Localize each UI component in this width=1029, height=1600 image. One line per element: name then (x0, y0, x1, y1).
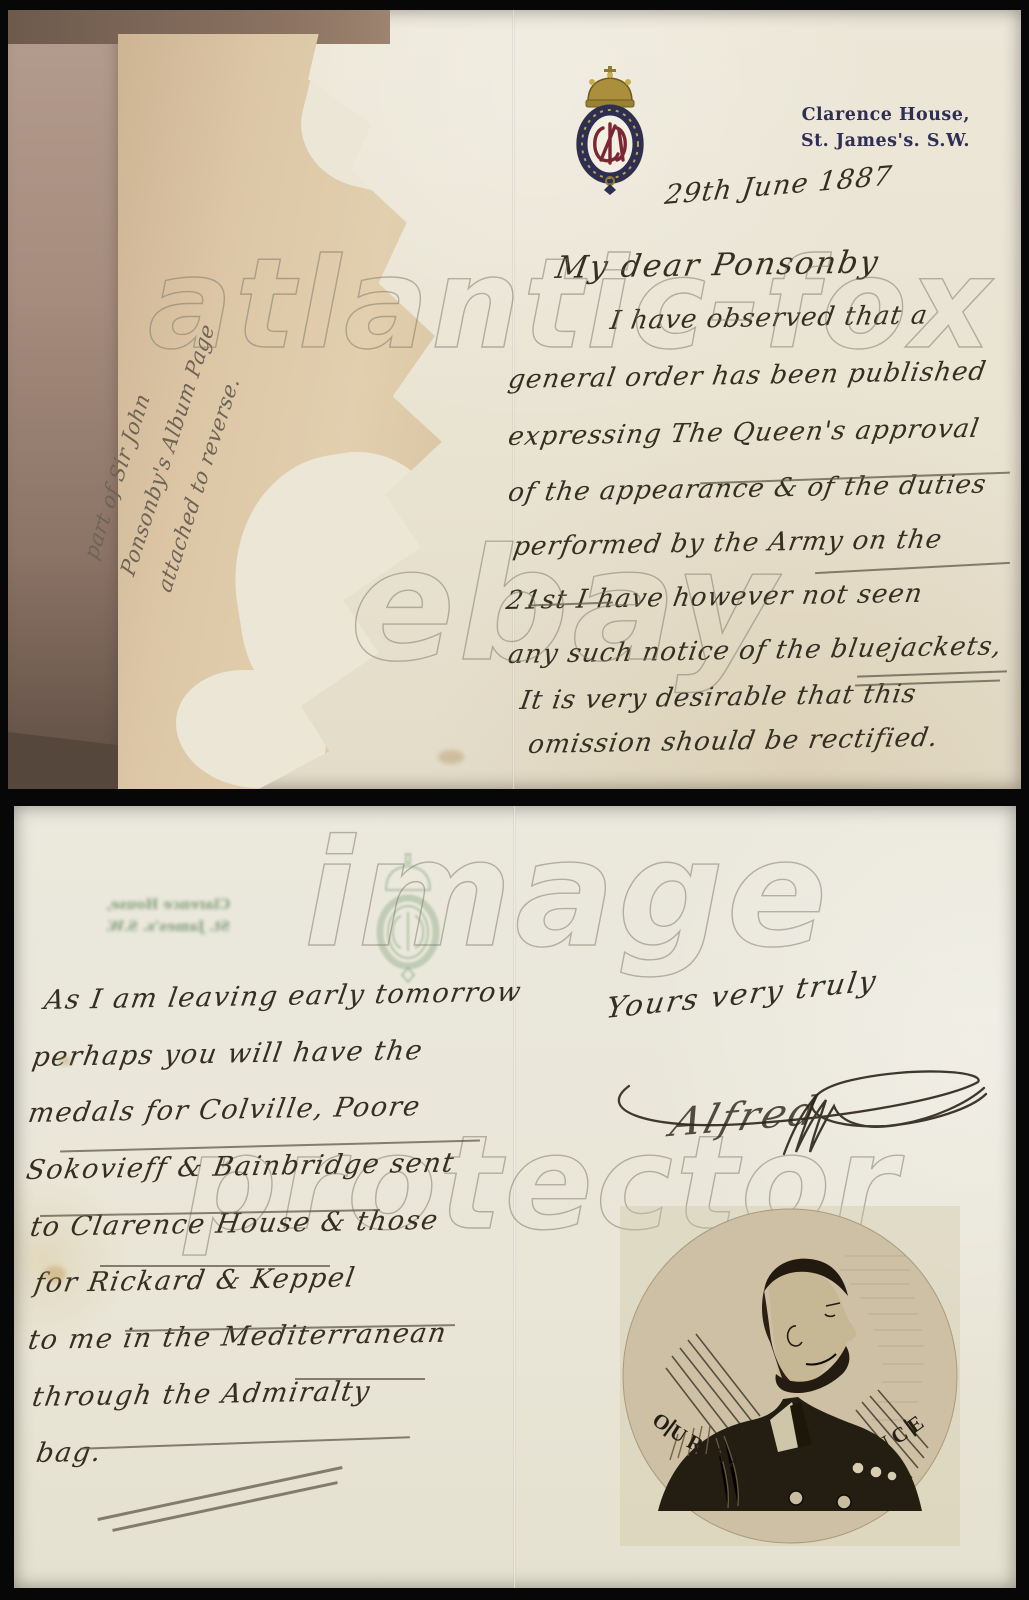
letter-line: for Rickard & Keppel (32, 1262, 358, 1299)
embossed-crest-icon (366, 852, 450, 984)
showthrough-letterhead: Clarence House, St. James's. S.W. (50, 894, 230, 938)
pencil-underline (295, 1378, 425, 1380)
letter-line: bag. (34, 1437, 104, 1469)
salutation: My dear Ponsonby (553, 244, 882, 286)
sailor-prince-portrait: OUR SAILOR PRINCE (620, 1206, 960, 1546)
letter-line: 21st I have however not seen (504, 579, 925, 616)
fold-crease (512, 10, 515, 789)
closing-line: Yours very truly (604, 963, 880, 1025)
letterhead-line2: St. James's. S.W. (760, 128, 970, 154)
bottom-photo-panel: Clarence House, St. James's. S.W. image … (14, 806, 1016, 1588)
pencil-underline (100, 1265, 330, 1267)
letter-line: medals for Colville, Poore (26, 1091, 423, 1129)
foxing-spot (44, 1266, 66, 1282)
pencil-flourish (97, 1466, 342, 1521)
ghost-line: Clarence House, (50, 894, 230, 916)
letter-line: performed by the Army on the (511, 525, 945, 562)
handwritten-date: 29th June 1887 (663, 161, 894, 211)
background-photograph-strip (8, 10, 126, 789)
letterhead-line1: Clarence House, (760, 102, 970, 128)
ink-underline (815, 562, 1010, 574)
listing-photo: part of Sir John Ponsonby's Album Page a… (0, 0, 1029, 1600)
ink-underline (857, 670, 1007, 677)
top-photo-panel: part of Sir John Ponsonby's Album Page a… (8, 10, 1021, 789)
royal-garter-crest-icon (570, 64, 650, 196)
fold-crease (513, 806, 516, 1588)
printed-letterhead: Clarence House, St. James's. S.W. (760, 102, 970, 154)
letter-line: I have observed that a (608, 300, 930, 336)
foxing-spot (438, 750, 464, 764)
foxing-spot (58, 1056, 72, 1066)
letter-line: to me in the Mediterranean (26, 1318, 450, 1356)
torn-paper-patch (176, 670, 326, 788)
letter-line: Sokovieff & Bainbridge sent (24, 1148, 457, 1186)
pencil-underline (80, 1436, 410, 1450)
letter-line: expressing The Queen's approval (506, 414, 982, 452)
letter-line: general order has been published (506, 357, 989, 395)
letter-line: perhaps you will have the (30, 1035, 426, 1073)
letter-line: through the Admiralty (30, 1376, 373, 1413)
letter-line: any such notice of the bluejackets, (506, 631, 1004, 670)
letter-line: As I am leaving early tomorrow (42, 977, 524, 1016)
torn-paper-patch (288, 22, 488, 210)
letter-line: omission should be rectified. (526, 723, 941, 760)
ghost-line: St. James's. S.W. (50, 916, 230, 938)
